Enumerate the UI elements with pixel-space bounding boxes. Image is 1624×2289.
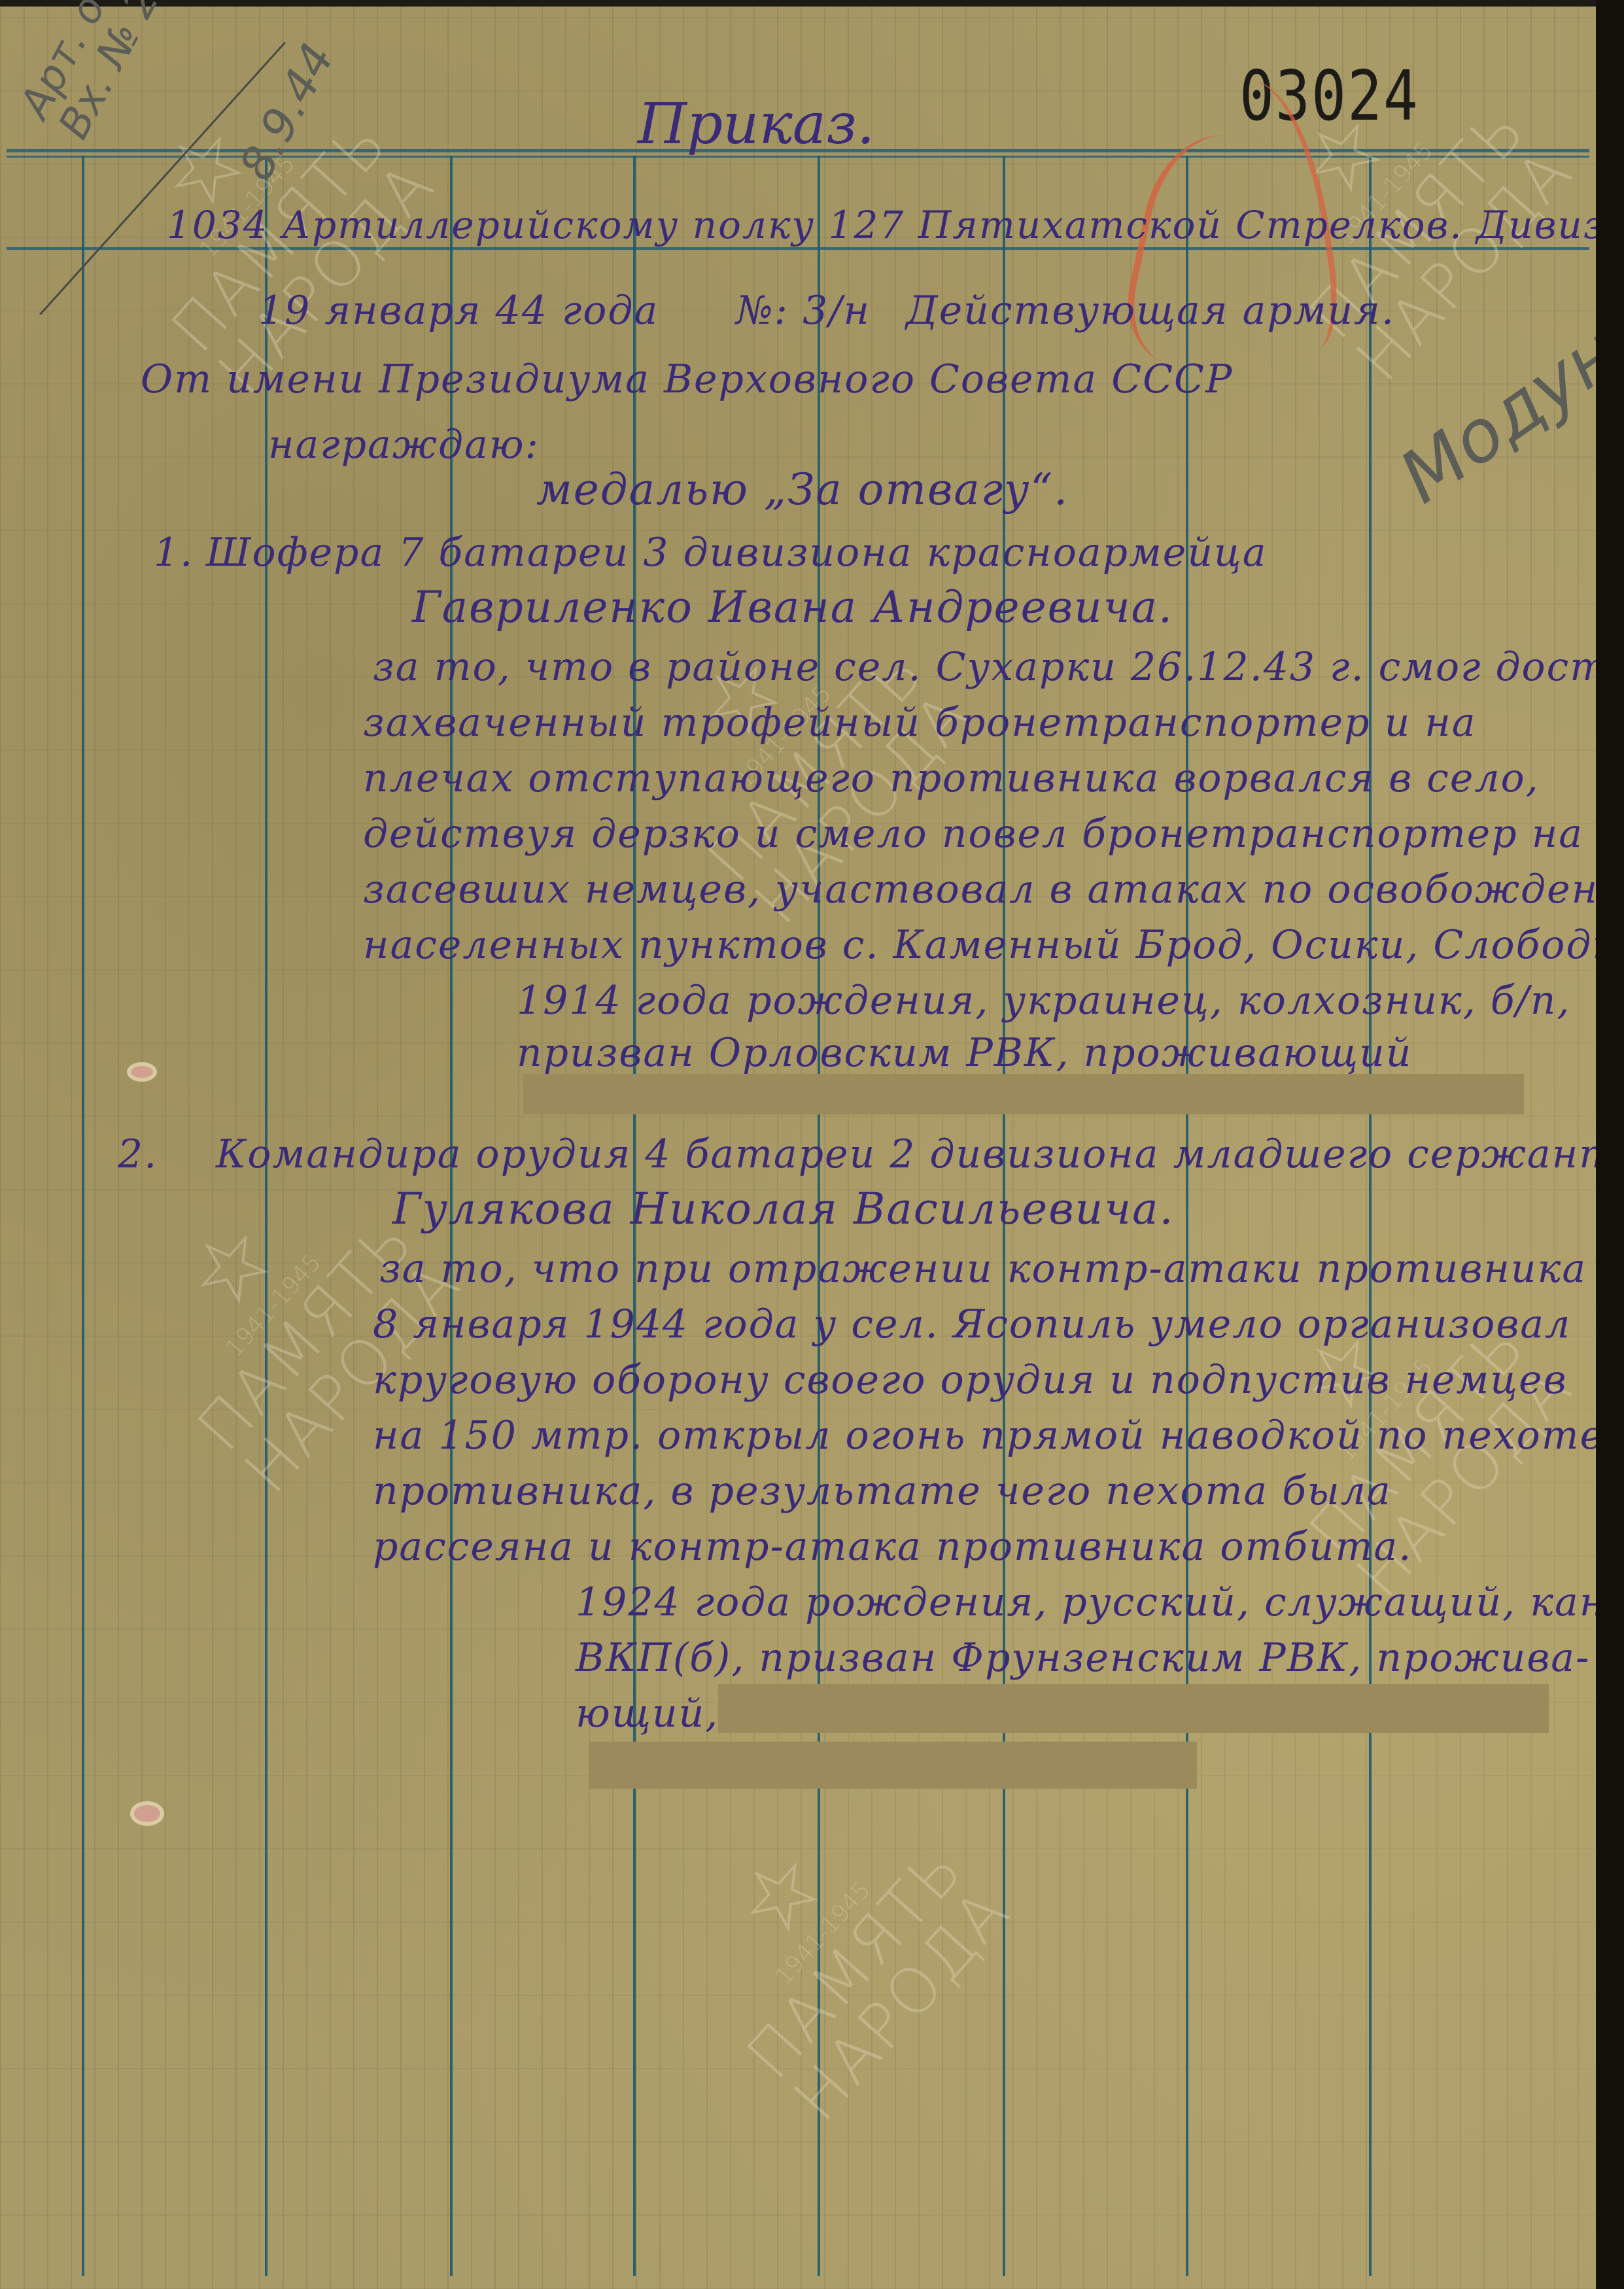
entry-name: Гулякова Николая Васильевича. (392, 1184, 1175, 1234)
order-number: №: 3/н (736, 288, 871, 334)
medal-name: медалью „За отвагу“. (536, 464, 1069, 515)
bio-line: ющий, (576, 1691, 719, 1736)
scan-border (1596, 0, 1624, 2289)
citation-line: действуя дерзко и смело повел бронетранс… (363, 811, 1624, 857)
order-date: 19 января 44 года (258, 288, 659, 334)
army-line: Действующая армия. (906, 288, 1395, 334)
entry-position: Шофера 7 батареи 3 дивизиона красноармей… (206, 530, 1268, 576)
addressee-line: 1034 Артиллерийскому полку 127 Пятихатск… (167, 203, 1624, 247)
redacted-address (589, 1742, 1197, 1789)
entry-index: 1. (154, 530, 194, 576)
citation-line: на 150 мтр. открыл огонь прямой наводкой… (373, 1413, 1604, 1458)
punch-hole (131, 1066, 153, 1078)
authority-line: От имени Президиума Верховного Совета СС… (141, 356, 1233, 402)
citation-line: рассеяна и контр-атака противника отбита… (373, 1524, 1412, 1570)
column-rule (82, 156, 84, 2276)
award-verb: награждаю: (268, 422, 540, 468)
punch-hole (134, 1805, 160, 1822)
document-page: ☆ 1941-1945 ПАМЯТЬ НАРОДА ☆ 1941-1945 ПА… (0, 7, 1596, 2289)
watermark: ☆ 1941-1945 ПАМЯТЬ НАРОДА (651, 1759, 1020, 2131)
citation-line: плечах отступающего противника ворвался … (363, 755, 1540, 801)
redacted-address (523, 1074, 1524, 1114)
citation-line: круговую оборону своего орудия и подпуст… (373, 1357, 1568, 1403)
citation-line: 8 января 1944 года у сел. Ясопиль умело … (373, 1301, 1571, 1347)
bio-line: 1914 года рождения, украинец, колхозник,… (517, 978, 1570, 1024)
entry-index: 2. (118, 1131, 158, 1177)
citation-line: населенных пунктов с. Каменный Брод, Оси… (363, 922, 1624, 968)
entry-name: Гавриленко Ивана Андреевича. (412, 582, 1173, 632)
page-title: Приказ. (638, 92, 874, 157)
annotation-reg-number: 2893 (114, 0, 207, 26)
bio-line: ВКП(б), призван Фрунзенским РВК, прожива… (576, 1635, 1590, 1681)
column-rule (1186, 156, 1188, 2276)
entry-position: Командира орудия 4 батареи 2 дивизиона м… (216, 1131, 1624, 1177)
citation-line: за то, что в районе сел. Сухарки 26.12.4… (373, 644, 1624, 690)
bio-line: 1924 года рождения, русский, служащий, к… (576, 1579, 1624, 1625)
redacted-address (718, 1684, 1549, 1733)
bio-line: призван Орловским РВК, проживающий (517, 1030, 1412, 1076)
citation-line: захваченный трофейный бронетранспортер и… (363, 700, 1477, 746)
citation-line: за то, что при отражении контр-атаки про… (379, 1246, 1587, 1292)
citation-line: засевших немцев, участвовал в атаках по … (363, 867, 1624, 912)
citation-line: противника, в результате чего пехота был… (373, 1468, 1392, 1514)
column-rule (1369, 156, 1372, 2276)
